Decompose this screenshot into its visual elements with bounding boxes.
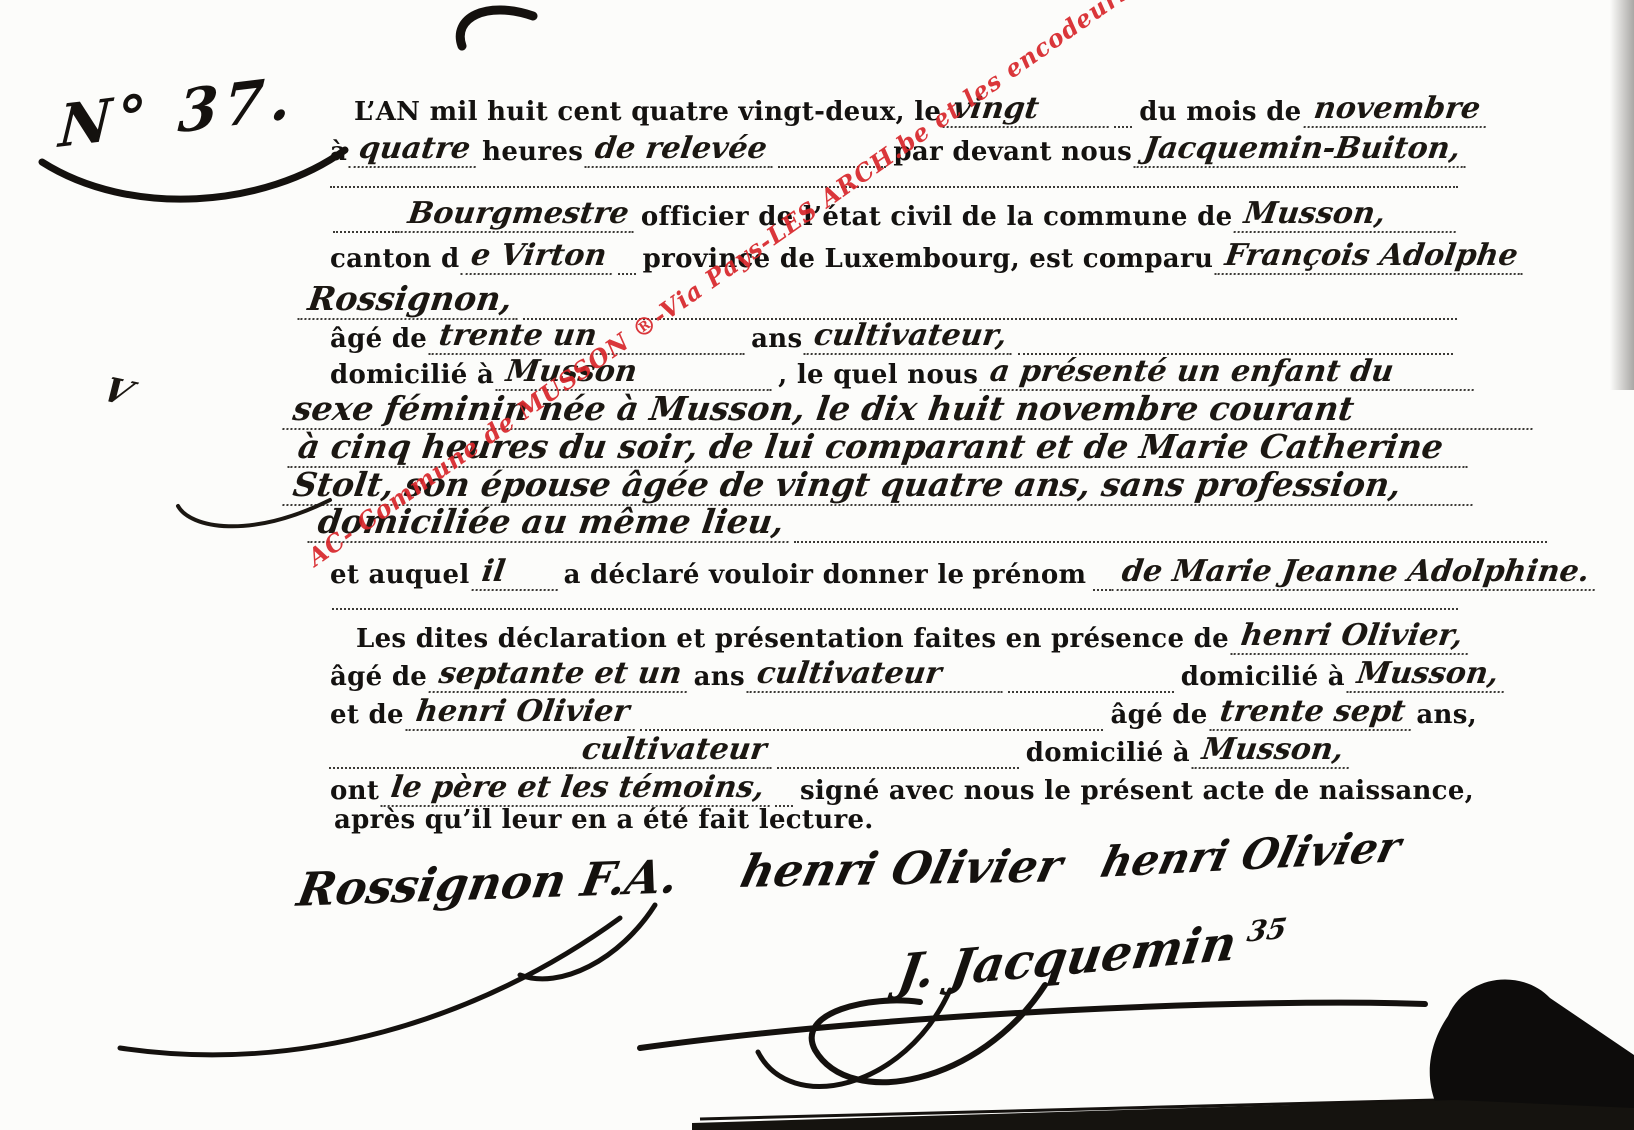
printed-text: L’AN mil huit cent quatre vingt-deux, le — [350, 98, 945, 128]
entry-day: vingt — [943, 93, 1114, 128]
dotted-leader — [333, 225, 397, 233]
entry-witness2-name: henri Olivier — [405, 696, 639, 731]
form-line-signatures-statement: ont le père et les témoins, signé avec n… — [326, 772, 1476, 807]
signature-officer-name: J. Jacquemin — [894, 915, 1240, 1001]
scanned-birth-record-page: N° 37. V L’AN mil huit cent quatre vingt… — [0, 0, 1634, 1130]
entry-declarant-surname: Rossignon, — [297, 282, 522, 320]
entry-commune: Musson, — [1234, 198, 1460, 233]
entry-officer-name: Jacquemin-Buiton, — [1134, 133, 1471, 168]
printed-text: à — [326, 138, 351, 168]
entry-hour: quatre — [349, 133, 481, 168]
printed-text: ans — [747, 325, 806, 355]
entry-canton: e Virton — [461, 240, 617, 275]
entry-meridiem: de relevée — [585, 133, 777, 168]
dotted-leader — [618, 267, 636, 275]
printed-text: et de — [326, 701, 408, 731]
form-line-witness2: et de henri Olivier âgé de trente sept a… — [326, 696, 1481, 731]
handwritten-line-mother-details: Stolt, son épouse âgée de vingt quatre a… — [285, 468, 1475, 506]
form-line-given-names: et auquel il a déclaré vouloir donner le… — [326, 556, 1516, 591]
printed-text: domicilié à — [1177, 663, 1349, 693]
printed-text: du mois de — [1135, 98, 1305, 128]
handwritten-line-mother-domicile: domiciliée au même lieu, — [310, 505, 1550, 543]
printed-text: officier de l’état civil de la commune d… — [637, 203, 1237, 233]
form-line-domicile: domicilié à Musson , le quel nous a prés… — [326, 356, 1476, 391]
entry-witness1-name: henri Olivier, — [1231, 620, 1473, 655]
dotted-leader — [1114, 120, 1132, 128]
entry-witness2-domicile: Musson, — [1191, 734, 1353, 769]
form-line-canton: canton d e Virton province de Luxembourg… — [326, 240, 1516, 275]
printed-text: heures — [478, 138, 587, 168]
printed-text: ans, — [1412, 701, 1481, 731]
dotted-leader — [778, 160, 887, 168]
scan-edge-shadow — [1610, 0, 1634, 390]
entry-witness2-age: trente sept — [1209, 696, 1415, 731]
printed-text: prénom — [968, 561, 1090, 591]
form-line-lecture: après qu’il leur en a été fait lecture. — [330, 806, 1030, 836]
form-line-year-day: L’AN mil huit cent quatre vingt-deux, le… — [350, 93, 1460, 128]
signature-witness2: henri Olivier — [1096, 822, 1405, 887]
entry-officer-title: Bourgmestre — [398, 198, 639, 233]
signature-officer: J. Jacquemin35 — [894, 911, 1289, 1002]
entry-declarant-age: trente un — [429, 320, 750, 355]
signature-father: Rossignon F.A. — [293, 849, 682, 917]
father-signature-paraph — [120, 918, 620, 1055]
form-line-officer-title: Bourgmestre officier de l’état civil de … — [330, 198, 1458, 233]
form-line-witness1-details: âgé de septante et un ans cultivateur do… — [326, 658, 1506, 693]
printed-text: âgé de — [326, 325, 431, 355]
form-line-age-profession: âgé de trente un ans cultivateur, — [326, 320, 1456, 355]
handwritten-line-birth-hour-mother: à cinq heures du soir, de lui comparant … — [290, 430, 1470, 468]
ink-blob-artifact — [1430, 979, 1634, 1130]
officer-paraph-stroke — [640, 1003, 1425, 1048]
form-line-hour: à quatre heures de relevée par devant no… — [326, 133, 1468, 168]
actnumber-flourish — [42, 150, 345, 199]
dotted-leader — [1093, 583, 1111, 591]
entry-witness1-age: septante et un — [429, 658, 692, 693]
entry-witness1-domicile: Musson, — [1346, 658, 1508, 693]
form-line-declarant-surname: Rossignon, — [300, 282, 1460, 320]
handwritten-line-child-birth: sexe féminin née à Musson, le dix huit n… — [285, 392, 1535, 430]
printed-text: Les dites déclaration et présentation fa… — [352, 625, 1233, 655]
margin-mark: V — [95, 371, 139, 414]
dotted-leader — [794, 535, 1547, 543]
entry-child-given-names: de Marie Jeanne Adolphine. — [1112, 556, 1600, 591]
entry-mother-domicile: domiciliée au même lieu, — [307, 505, 794, 543]
officer-paraph-loop2 — [758, 990, 950, 1086]
act-number: N° 37. — [57, 63, 298, 161]
printed-text: signé avec nous le présent acte de naiss… — [796, 777, 1478, 807]
dotted-leader — [777, 761, 1019, 769]
entry-declarant-firstnames: François Adolphe — [1215, 240, 1528, 275]
pen-mark-crescent — [460, 10, 533, 46]
printed-text: domicilié à — [1022, 739, 1194, 769]
entry-pronoun: il — [471, 556, 562, 591]
printed-text: ans — [690, 663, 749, 693]
printed-text: domicilié à — [326, 361, 498, 391]
entry-declarant-profession: cultivateur, — [804, 320, 1017, 355]
bottom-pen-line2 — [770, 1106, 1560, 1125]
printed-text: et auquel — [326, 561, 474, 591]
dotted-leader — [1008, 685, 1174, 693]
signature-witness1: henri Olivier — [736, 839, 1068, 898]
entry-witness1-profession: cultivateur — [746, 658, 1007, 693]
dotted-leader — [640, 723, 1104, 731]
entry-birth-hour-mother: à cinq heures du soir, de lui comparant … — [287, 430, 1472, 468]
printed-text: âgé de — [326, 663, 431, 693]
bottom-edge-shadow — [692, 1100, 1634, 1130]
printed-text: canton d — [326, 245, 463, 275]
entry-signers: le père et les témoins, — [381, 772, 775, 807]
signature-officer-paraph: 35 — [1245, 912, 1289, 949]
father-signature-paraph2 — [520, 905, 655, 979]
printed-text: province de Luxembourg, est comparu — [639, 245, 1218, 275]
printed-text: âgé de — [1106, 701, 1211, 731]
form-line-witness2-domicile: cultivateur domicilié à Musson, — [326, 734, 1351, 769]
entry-declarant-domicile: Musson — [496, 356, 777, 391]
entry-child-sex-birth: sexe féminin née à Musson, le dix huit n… — [282, 392, 1537, 430]
ruled-dotted-line — [330, 184, 1458, 188]
officer-paraph-loop1 — [812, 985, 1045, 1082]
entry-month: novembre — [1303, 93, 1490, 128]
printed-text: ont — [326, 777, 383, 807]
entry-presentation: a présenté un enfant du — [980, 356, 1479, 391]
bottom-pen-line1 — [700, 1097, 1552, 1119]
printed-text: , le quel nous — [774, 361, 982, 391]
ruled-dotted-line — [332, 606, 1458, 610]
printed-text: a déclaré vouloir donner le — [560, 561, 969, 591]
entry-mother-details: Stolt, son épouse âgée de vingt quatre a… — [282, 468, 1477, 506]
dotted-leader — [329, 761, 571, 769]
printed-text: par devant nous — [889, 138, 1136, 168]
form-line-witness-intro: Les dites déclaration et présentation fa… — [352, 620, 1352, 655]
printed-text: après qu’il leur en a été fait lecture. — [330, 806, 878, 836]
entry-witness2-profession: cultivateur — [571, 734, 776, 769]
